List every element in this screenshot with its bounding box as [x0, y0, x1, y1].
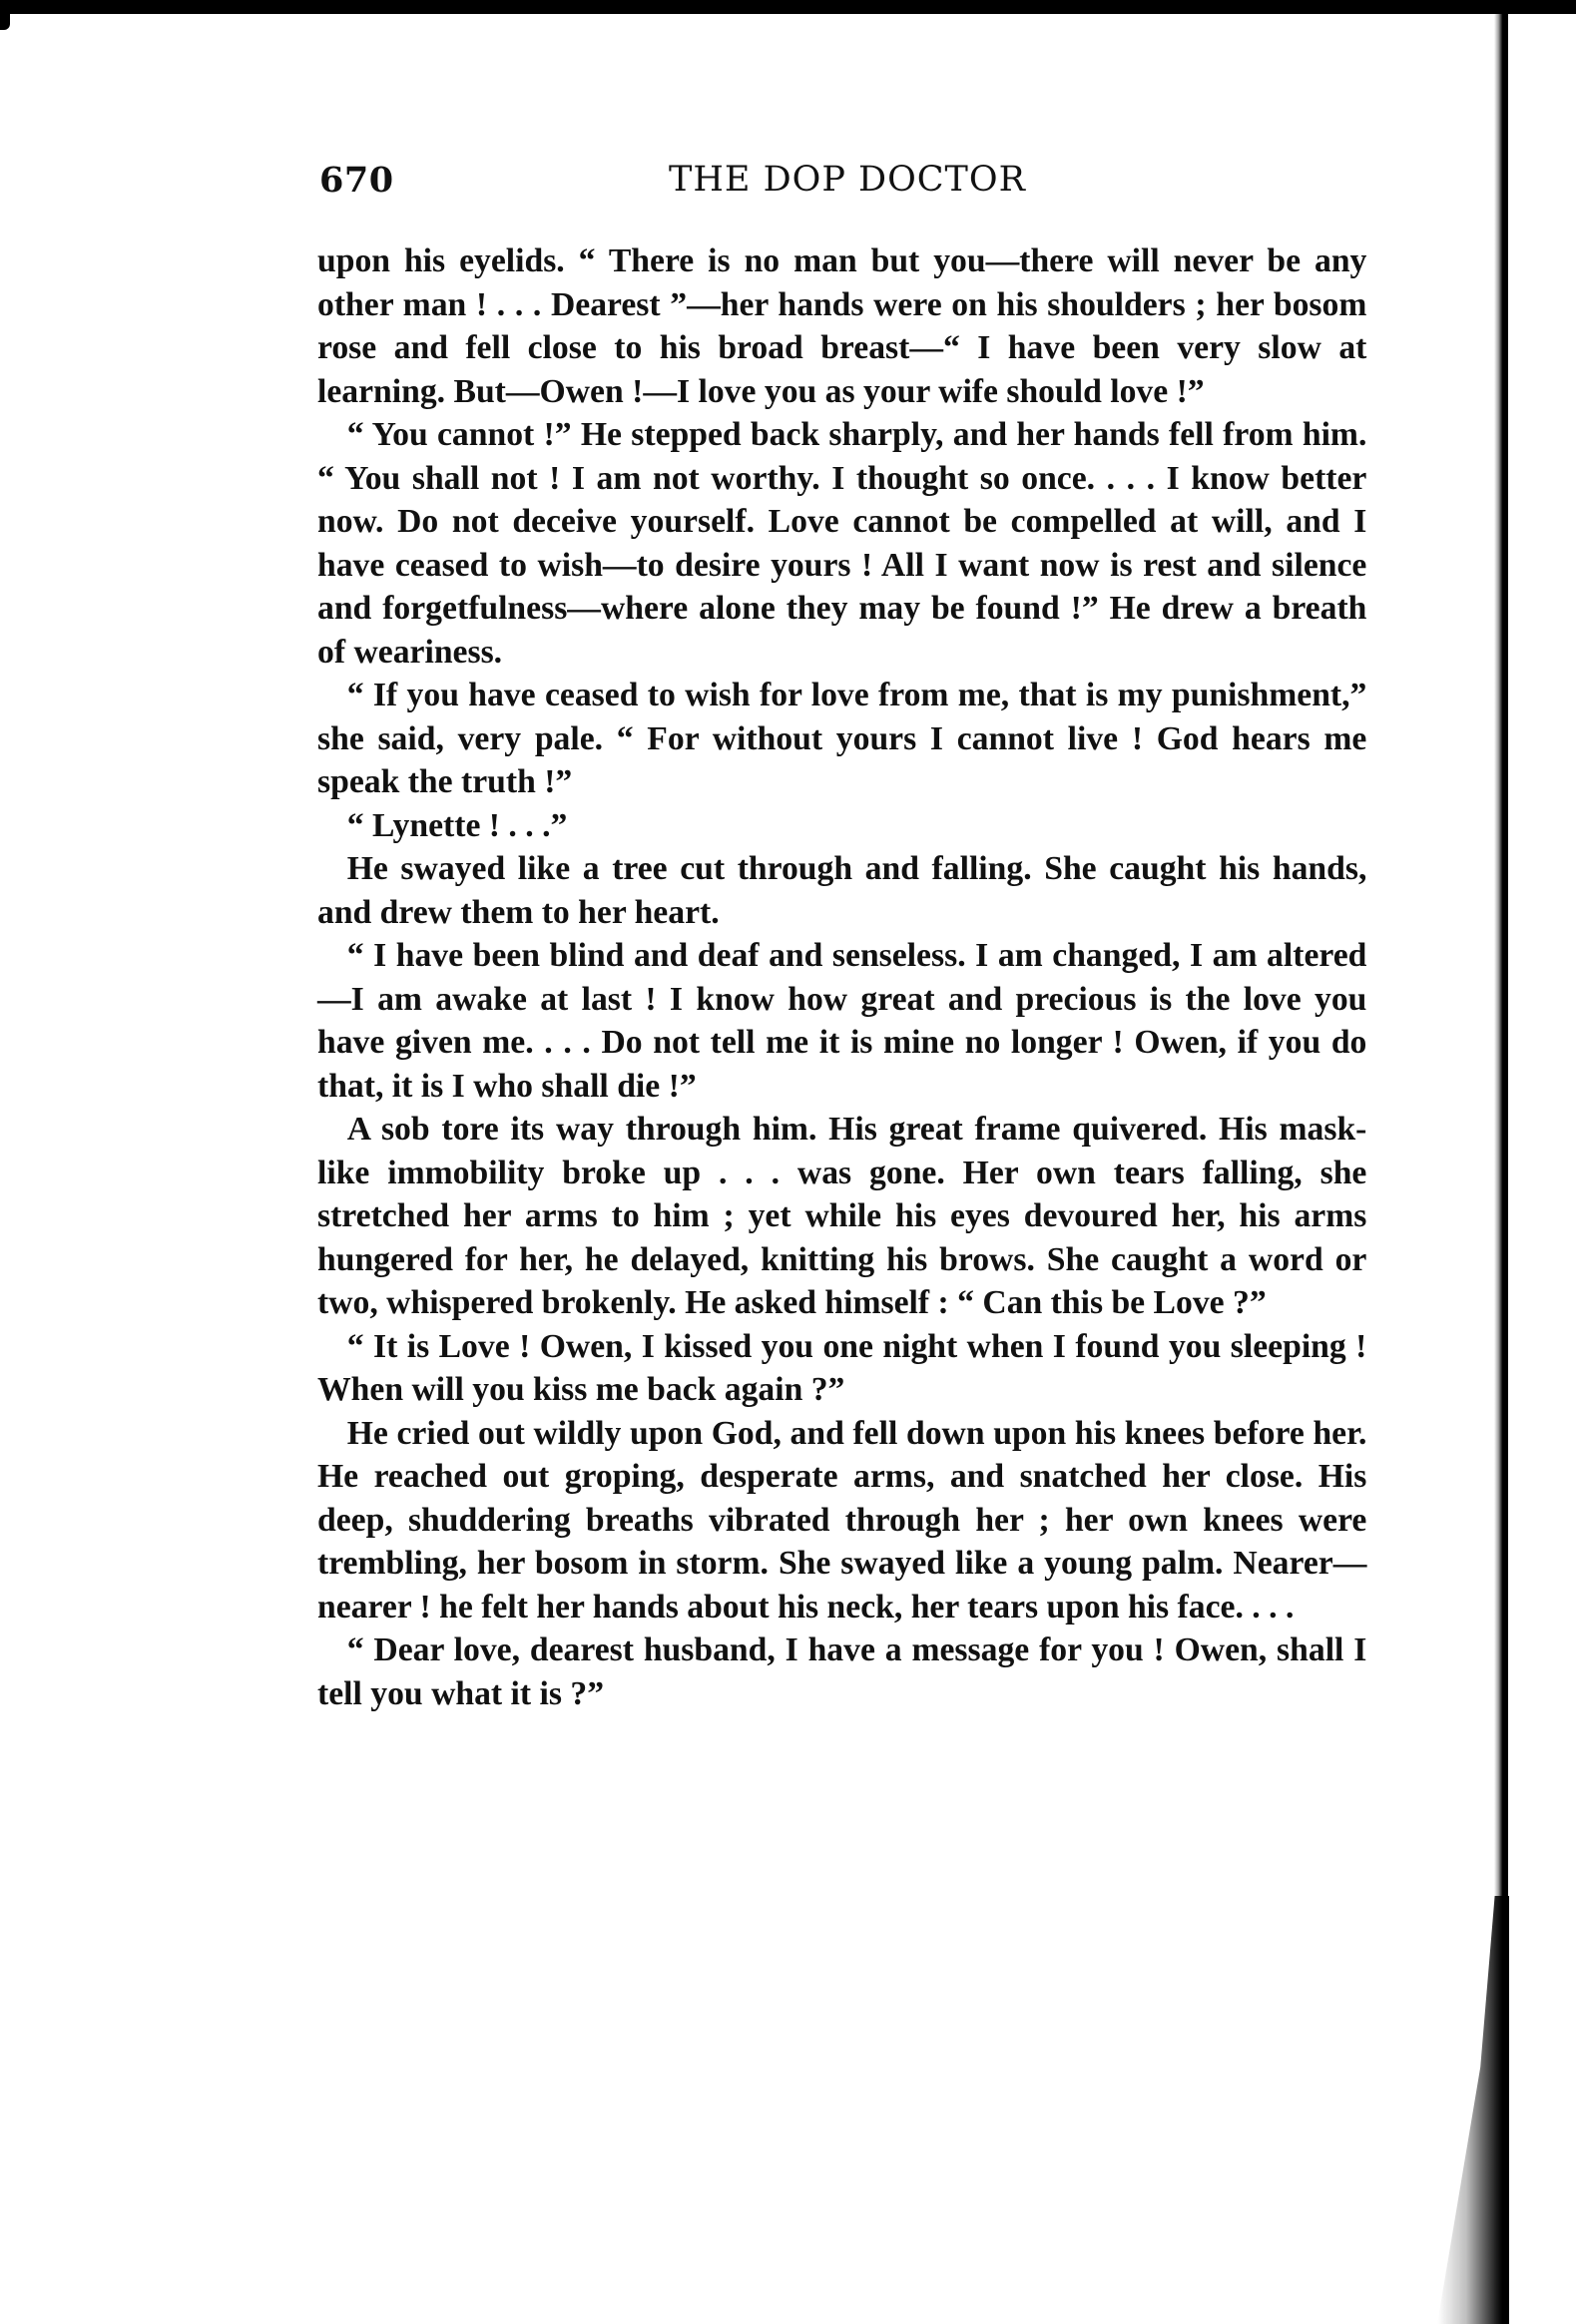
paragraph: “ If you have ceased to wish for love fr… [317, 674, 1366, 804]
body-text: upon his eyelids. “ There is no man but … [317, 239, 1366, 1715]
paragraph: He cried out wildly upon God, and fell d… [317, 1412, 1366, 1629]
book-binding-shadow [1437, 1896, 1509, 2324]
paragraph: “ You cannot !” He stepped back sharply,… [317, 413, 1366, 674]
paragraph: upon his eyelids. “ There is no man but … [317, 239, 1366, 413]
paragraph: “ I have been blind and deaf and sensele… [317, 934, 1366, 1108]
paragraph: He swayed like a tree cut through and fa… [317, 847, 1366, 934]
paragraph: “ It is Love ! Owen, I kissed you one ni… [317, 1325, 1366, 1412]
scan-top-border [0, 0, 1576, 14]
paragraph: “ Dear love, dearest husband, I have a m… [317, 1628, 1366, 1715]
paragraph: “ Lynette ! . . .” [317, 804, 1366, 848]
running-header: 670 THE DOP DOCTOR [317, 160, 1377, 208]
book-page: 670 THE DOP DOCTOR upon his eyelids. “ T… [317, 160, 1377, 1715]
scan-corner-smudge [0, 14, 10, 30]
running-head-title: THE DOP DOCTOR [317, 160, 1377, 200]
paragraph: A sob tore its way through him. His grea… [317, 1108, 1366, 1325]
